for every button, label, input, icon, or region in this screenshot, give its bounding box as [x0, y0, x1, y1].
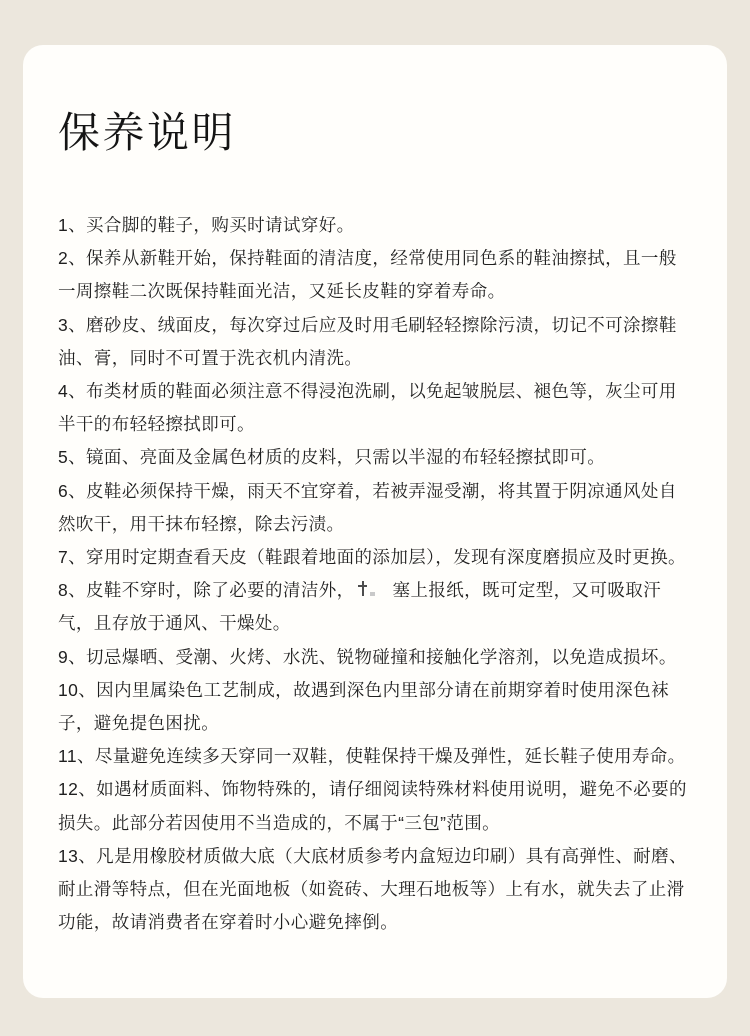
instruction-item-3: 3、磨砂皮、绒面皮，每次穿过后应及时用毛刷轻轻擦除污渍，切记不可涂擦鞋油、膏，同…	[58, 309, 694, 375]
instruction-item-13: 13、凡是用橡胶材质做大底（大底材质参考内盒短边印刷）具有高弹性、耐磨、耐止滑等…	[58, 840, 694, 940]
instruction-item-11: 11、尽量避免连续多天穿同一双鞋，使鞋保持干燥及弹性，延长鞋子使用寿命。	[58, 740, 694, 773]
erased-character-fragment	[355, 580, 393, 598]
instruction-item-12: 12、如遇材质面料、饰物特殊的，请仔细阅读特殊材料使用说明，避免不必要的损失。此…	[58, 773, 694, 839]
instruction-item-7: 7、穿用时定期查看天皮（鞋跟着地面的添加层），发现有深度磨损应及时更换。	[58, 541, 694, 574]
instruction-item-6: 6、皮鞋必须保持干燥，雨天不宜穿着，若被弄湿受潮，将其置于阴凉通风处自然吹干，用…	[58, 475, 694, 541]
instruction-item-4: 4、布类材质的鞋面必须注意不得浸泡洗刷，以免起皱脱层、褪色等，灰尘可用半干的布轻…	[58, 375, 694, 441]
page-title: 保养说明	[58, 107, 693, 159]
instruction-item-9: 9、切忌爆晒、受潮、火烤、水洗、锐物碰撞和接触化学溶剂，以免造成损坏。	[58, 641, 694, 674]
page-background: 保养说明 1、买合脚的鞋子，购买时请试穿好。2、保养从新鞋开始，保持鞋面的清洁度…	[0, 0, 750, 1036]
instruction-item-10: 10、因内里属染色工艺制成，故遇到深色内里部分请在前期穿着时使用深色袜子，避免提…	[58, 674, 694, 740]
instruction-item-5: 5、镜面、亮面及金属色材质的皮料，只需以半湿的布轻轻擦拭即可。	[58, 441, 694, 474]
instruction-item-1: 1、买合脚的鞋子，购买时请试穿好。	[58, 209, 694, 242]
instruction-item-2: 2、保养从新鞋开始，保持鞋面的清洁度，经常使用同色系的鞋油擦拭，且一般一周擦鞋二…	[58, 242, 694, 308]
instructions-list: 1、买合脚的鞋子，购买时请试穿好。2、保养从新鞋开始，保持鞋面的清洁度，经常使用…	[58, 209, 694, 939]
care-instructions-card: 保养说明 1、买合脚的鞋子，购买时请试穿好。2、保养从新鞋开始，保持鞋面的清洁度…	[23, 45, 727, 998]
instruction-item-8: 8、皮鞋不穿时，除了必要的清洁外，塞上报纸，既可定型，又可吸取汗气，且存放于通风…	[58, 574, 694, 640]
